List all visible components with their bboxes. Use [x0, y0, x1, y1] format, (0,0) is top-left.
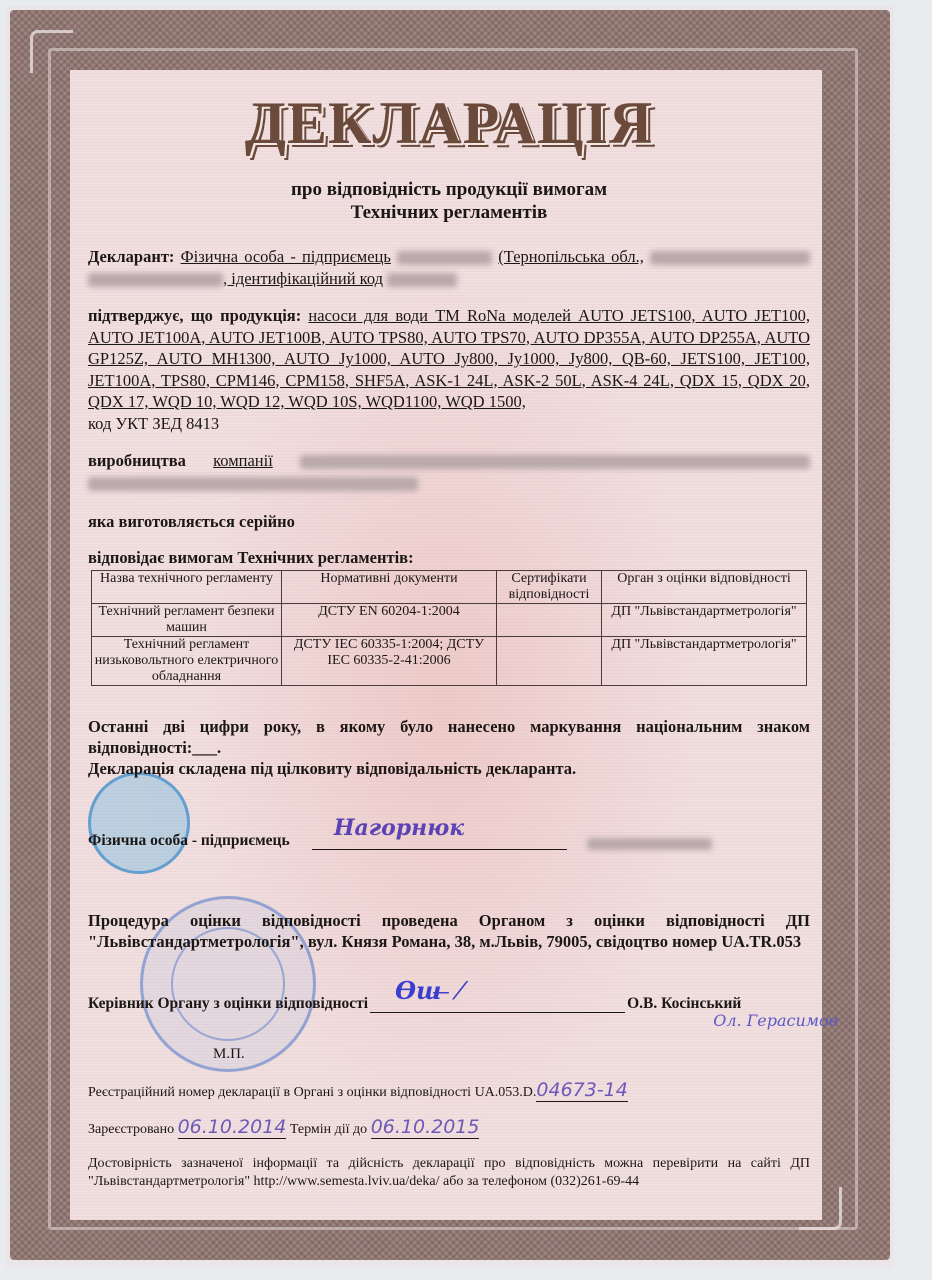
manufacturer-name-redacted — [300, 455, 810, 469]
complies-label: відповідає вимогам Технічних регламентів… — [88, 547, 810, 569]
document-title: ДЕКЛАРАЦІЯ — [88, 88, 810, 158]
declarant-signature-row: Фізична особа - підприємець Нагорнюк — [88, 829, 810, 850]
declarant-address-redacted-2 — [88, 273, 223, 287]
manufacturer-label: виробництва — [88, 451, 186, 470]
body-signature-label: Керівник Органу з оцінки відповідності — [88, 995, 368, 1013]
table-cell: Технічний регламент низьковольтного елек… — [92, 637, 282, 686]
product-section: підтверджує, що продукція: насоси для во… — [88, 305, 810, 434]
registered-date: 06.10.2014 — [178, 1116, 287, 1139]
document-body: ДЕКЛАРАЦІЯ про відповідність продукції в… — [88, 88, 810, 1191]
declarant-type: Фізична особа - підприємець — [181, 247, 391, 266]
responsibility-line: Декларація складена під цілковиту відпов… — [88, 758, 810, 779]
table-cell: ДСТУ EN 60204-1:2004 — [282, 604, 497, 637]
table-header-row: Назва технічного регламенту Нормативні д… — [92, 571, 807, 604]
table-cell: ДП "Львівстандартметрологія" — [602, 637, 807, 686]
registration-number: 04673-14 — [536, 1079, 627, 1102]
registration-number-row: Реєстраційний номер декларації в Органі … — [88, 1081, 810, 1102]
serial-production: яка виготовляється серійно — [88, 511, 810, 533]
manufacturer-prefix: компанії — [213, 451, 273, 470]
product-label: підтверджує, що продукція: — [88, 306, 301, 325]
declarant-address-redacted — [650, 251, 810, 265]
handwritten-note: Ол. Герасимов — [88, 1011, 838, 1030]
registration-label: Реєстраційний номер декларації в Органі … — [88, 1085, 536, 1100]
table-cell: Технічний регламент безпеки машин — [92, 604, 282, 637]
manufacturer-section: виробництва компанії — [88, 450, 810, 493]
table-header: Орган з оцінки відповідності — [602, 571, 807, 604]
declarant-section: Декларант: Фізична особа - підприємець (… — [88, 246, 810, 289]
declarant-id-label: , ідентифікаційний код — [223, 269, 383, 288]
table-cell: ДСТУ IEC 60335-1:2004; ДСТУ IEC 60335-2-… — [282, 637, 497, 686]
declarant-signatory-redacted — [587, 838, 712, 850]
valid-until-label: Термін дії до — [290, 1122, 367, 1137]
body-signature-line: Өш ̶̶ ⁄ — [370, 992, 625, 1013]
product-code: код УКТ ЗЕД 8413 — [88, 414, 219, 433]
declarant-label: Декларант: — [88, 247, 174, 266]
table-header: Сертифікати відповідності — [497, 571, 602, 604]
seal-placeholder: М.П. — [213, 1046, 810, 1063]
declarant-name-redacted — [397, 251, 492, 265]
table-cell: ДП "Львівстандартметрологія" — [602, 604, 807, 637]
manufacturer-address-redacted — [88, 477, 418, 491]
table-cell — [497, 604, 602, 637]
document-subtitle: про відповідність продукції вимогам Техн… — [88, 178, 810, 224]
verification-text: Достовірність зазначеної інформації та д… — [88, 1155, 810, 1191]
body-signature-row: Керівник Органу з оцінки відповідності Ө… — [88, 992, 810, 1013]
declarant-signature: Нагорнюк — [334, 815, 464, 841]
marking-section: Останні дві цифри року, в якому було нан… — [88, 716, 810, 779]
valid-until-date: 06.10.2015 — [371, 1116, 480, 1139]
dates-row: Зареєстровано 06.10.2014 Термін дії до 0… — [88, 1118, 810, 1139]
marking-year-line: Останні дві цифри року, в якому було нан… — [88, 716, 810, 758]
declarant-id-redacted — [387, 273, 457, 287]
declarant-address: (Тернопільська обл., — [498, 247, 644, 266]
regulations-table: Назва технічного регламенту Нормативні д… — [91, 570, 807, 686]
declarant-signature-line: Нагорнюк — [312, 829, 567, 850]
declarant-signature-label: Фізична особа - підприємець — [88, 832, 290, 850]
subtitle-line-1: про відповідність продукції вимогам — [88, 178, 810, 201]
body-signature: Өш ̶̶ ⁄ — [395, 976, 462, 1005]
table-row: Технічний регламент безпеки машин ДСТУ E… — [92, 604, 807, 637]
corner-ornament-top-left — [30, 30, 73, 73]
table-header: Нормативні документи — [282, 571, 497, 604]
table-header: Назва технічного регламенту — [92, 571, 282, 604]
table-cell — [497, 637, 602, 686]
registered-label: Зареєстровано — [88, 1122, 174, 1137]
procedure-text: Процедура оцінки відповідності проведена… — [88, 910, 810, 952]
subtitle-line-2: Технічних регламентів — [88, 201, 810, 224]
table-row: Технічний регламент низьковольтного елек… — [92, 637, 807, 686]
